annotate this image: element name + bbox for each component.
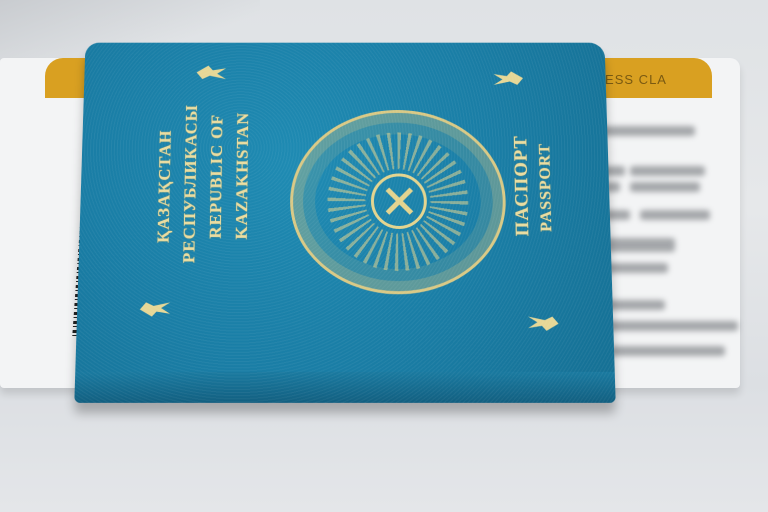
blurred-text — [640, 210, 710, 220]
corner-ornament-icon — [192, 60, 232, 87]
blurred-text — [630, 166, 705, 176]
blurred-text — [630, 182, 700, 192]
country-name-kazakh-1: ҚАЗАҚСТАН — [153, 129, 175, 243]
passport-title-english: PASSPORT — [536, 143, 556, 232]
photo-scene: air USINESS CLA ҚАЗАҚСТАН РЕСПУБЛИКАСЫ R… — [0, 0, 768, 512]
blurred-text — [610, 346, 725, 356]
passport-edge — [74, 372, 615, 403]
corner-ornament-icon — [135, 294, 176, 322]
passport: ҚАЗАҚСТАН РЕСПУБЛИКАСЫ REPUBLIC OF KAZAK… — [74, 43, 615, 403]
blurred-text — [605, 300, 665, 310]
blurred-text — [608, 321, 738, 331]
passport-title-kazakh: ПАСПОРТ — [510, 135, 534, 236]
country-name-english-1: REPUBLIC OF — [206, 114, 228, 239]
corner-ornament-icon — [522, 308, 563, 337]
country-name-english-2: KAZAKHSTAN — [232, 112, 253, 240]
corner-ornament-icon — [487, 66, 527, 93]
country-name-kazakh-2: РЕСПУБЛИКАСЫ — [179, 104, 202, 263]
state-emblem-icon — [290, 110, 508, 294]
